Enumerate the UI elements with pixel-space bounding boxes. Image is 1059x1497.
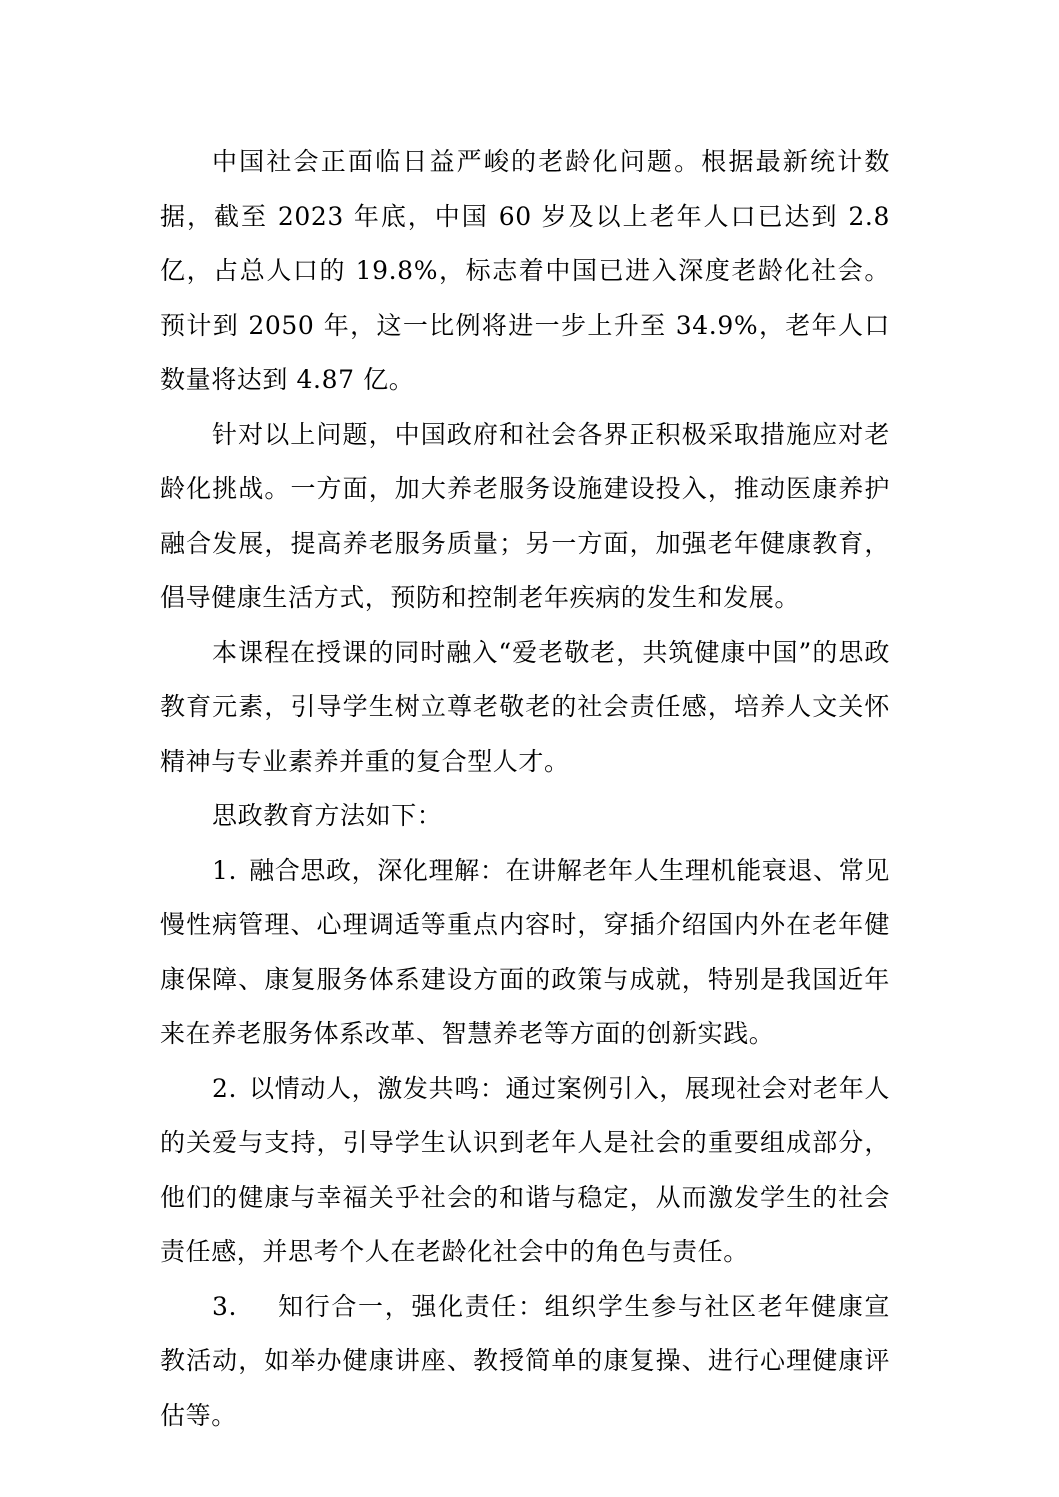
method-text: 知行合一，强化责任：组织学生参与社区老年健康宣教活动，如举办健康讲座、教授简单的…: [160, 1292, 890, 1430]
method-item-1: 1.融合思政，深化理解：在讲解老年人生理机能衰退、常见慢性病管理、心理调适等重点…: [160, 844, 890, 1062]
document-page: 中国社会正面临日益严峻的老龄化问题。根据最新统计数据，截至 2023 年底，中国…: [160, 135, 890, 1443]
paragraph-response-measures: 针对以上问题，中国政府和社会各界正积极采取措施应对老龄化挑战。一方面，加大养老服…: [160, 408, 890, 626]
method-item-2: 2.以情动人，激发共鸣：通过案例引入，展现社会对老年人的关爱与支持，引导学生认识…: [160, 1062, 890, 1280]
method-number: 1.: [212, 856, 237, 885]
method-item-3: 3.知行合一，强化责任：组织学生参与社区老年健康宣教活动，如举办健康讲座、教授简…: [160, 1280, 890, 1444]
paragraph-course-ideology: 本课程在授课的同时融入“爱老敬老，共筑健康中国”的思政教育元素，引导学生树立尊老…: [160, 626, 890, 790]
method-text: 以情动人，激发共鸣：通过案例引入，展现社会对老年人的关爱与支持，引导学生认识到老…: [160, 1074, 890, 1267]
method-number: 2.: [212, 1074, 237, 1103]
methods-heading: 思政教育方法如下：: [160, 789, 890, 844]
method-number: 3.: [212, 1292, 237, 1321]
paragraph-aging-statistics: 中国社会正面临日益严峻的老龄化问题。根据最新统计数据，截至 2023 年底，中国…: [160, 135, 890, 408]
method-text: 融合思政，深化理解：在讲解老年人生理机能衰退、常见慢性病管理、心理调适等重点内容…: [160, 856, 890, 1049]
